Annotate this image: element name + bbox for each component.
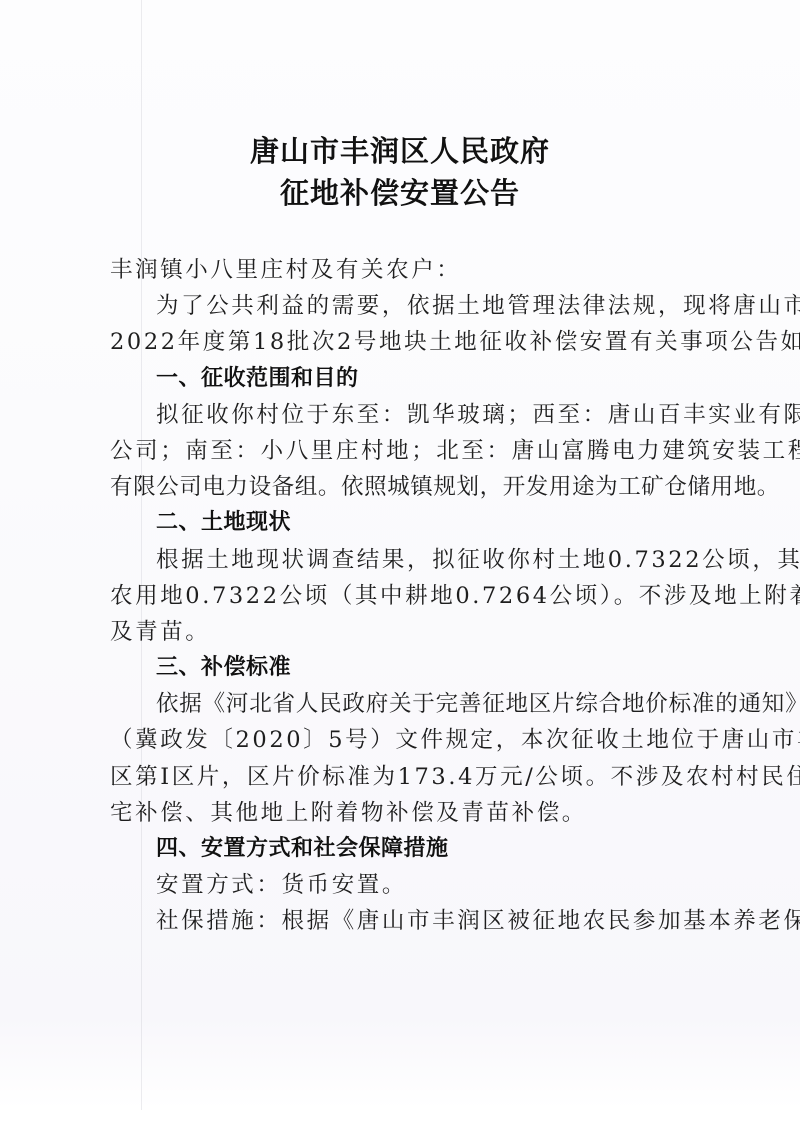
document-title: 唐山市丰润区人民政府 征地补偿安置公告: [0, 130, 800, 214]
title-line-subject: 征地补偿安置公告: [0, 172, 800, 214]
paragraph-line: 区第Ⅰ区片，区片价标准为173.4万元/公顷。不涉及农村村民住: [110, 759, 712, 795]
section-heading-land-status: 二、土地现状: [110, 505, 712, 541]
document-body: 丰润镇小八里庄村及有关农户： 为了公共利益的需要，依据土地管理法律法规，现将唐山…: [110, 252, 712, 940]
paragraph-line: 及青苗。: [110, 614, 712, 650]
intro-line: 为了公共利益的需要，依据土地管理法律法规，现将唐山市: [110, 288, 712, 324]
intro-line: 2022年度第18批次2号地块土地征收补偿安置有关事项公告如下：: [110, 324, 712, 360]
section-heading-resettlement: 四、安置方式和社会保障措施: [110, 831, 712, 867]
paragraph-line: 依据《河北省人民政府关于完善征地区片综合地价标准的通知》: [110, 686, 712, 722]
salutation: 丰润镇小八里庄村及有关农户：: [110, 252, 712, 288]
paragraph-line: 宅补偿、其他地上附着物补偿及青苗补偿。: [110, 795, 712, 831]
paragraph-line: 农用地0.7322公顷（其中耕地0.7264公顷）。不涉及地上附着物: [110, 578, 712, 614]
section-heading-scope: 一、征收范围和目的: [110, 361, 712, 397]
scanned-document-page: 唐山市丰润区人民政府 征地补偿安置公告 丰润镇小八里庄村及有关农户： 为了公共利…: [0, 0, 800, 1131]
paragraph-line: 根据土地现状调查结果，拟征收你村土地0.7322公顷，其中: [110, 542, 712, 578]
paragraph-line: 安置方式：货币安置。: [110, 867, 712, 903]
paragraph-line: 公司；南至：小八里庄村地；北至：唐山富腾电力建筑安装工程: [110, 433, 712, 469]
paragraph-line: 社保措施：根据《唐山市丰润区被征地农民参加基本养老保: [110, 903, 712, 939]
paragraph-line: 有限公司电力设备组。依照城镇规划，开发用途为工矿仓储用地。: [110, 469, 712, 505]
paragraph-line: （冀政发〔2020〕5号）文件规定，本次征收土地位于唐山市丰润: [110, 722, 712, 758]
paragraph-line: 拟征收你村位于东至：凯华玻璃；西至：唐山百丰实业有限: [110, 397, 712, 433]
section-heading-compensation: 三、补偿标准: [110, 650, 712, 686]
title-line-issuer: 唐山市丰润区人民政府: [0, 130, 800, 172]
